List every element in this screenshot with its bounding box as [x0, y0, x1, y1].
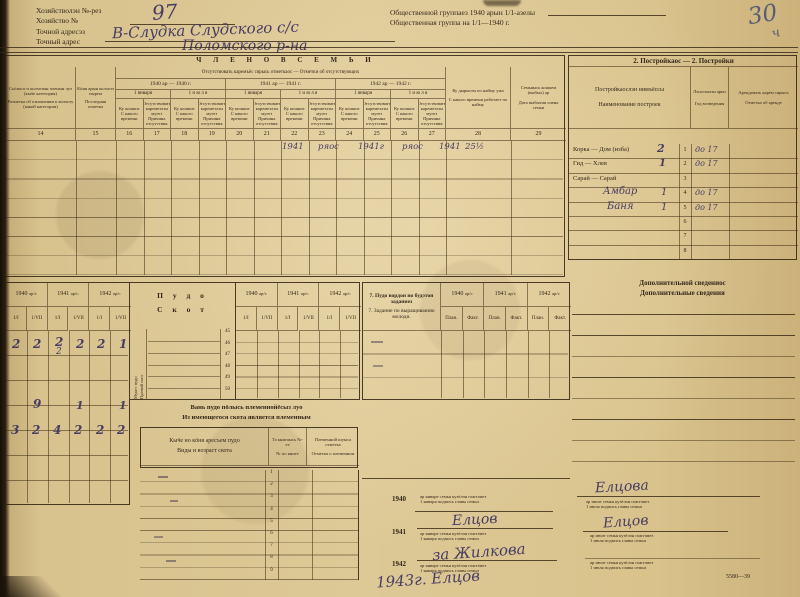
building-rownum: 5 — [679, 205, 691, 212]
col15-komi: Кӧня арын колхозэ пырем — [77, 86, 114, 96]
members-absent-group-header: Отсутствовать каремъёс сярысь отметкаос … — [116, 67, 446, 79]
building-row: 8 — [569, 245, 798, 259]
additional-title-komi: Дополнительной сведениос — [568, 279, 797, 288]
task7-heading-cell: 7. Пудо вордон но будэтон заданиез7. Зад… — [363, 283, 441, 331]
additional-title-rus: Дополнительные сведения — [568, 289, 797, 298]
colnum: 28 — [446, 129, 511, 141]
subcol-from: Ку кошкизС какого времени — [281, 99, 309, 129]
ls-hw: 2 — [33, 337, 41, 351]
species-rownum: 50 — [221, 387, 234, 399]
colnum: 23 — [309, 129, 337, 141]
social-group-label-rus: Общественная группа на 1/1—1940 г. — [390, 18, 510, 28]
print-code: 5580—39 — [726, 574, 750, 581]
colnum: 19 — [199, 129, 227, 141]
breeding-heading-rus: Из имеющегося скота является племенным — [133, 414, 360, 422]
farm-number-label-komi: Хозяйстволэн №-рез — [36, 6, 102, 16]
stray-mark — [166, 560, 176, 562]
species-line — [148, 353, 220, 354]
date-jul: 1 и ю л я — [171, 90, 226, 99]
building-row: Баня 1 5 до 17 — [569, 202, 798, 217]
building-count-hw: 1 — [661, 202, 667, 213]
building-rownum: 8 — [679, 248, 691, 255]
sig-year-1940: 1940 — [392, 495, 406, 504]
buildings-rent-col-header: Арендовать карем сярысьОтметка об аренде — [729, 67, 798, 129]
breeding-header-row: Кыӵе но кӧня аресъем пудоВиды и возраст … — [140, 427, 358, 468]
subcol-from: Ку кошкизС какого времени — [391, 99, 419, 129]
rotated-rus: Прочий скот — [139, 329, 145, 399]
signature-line — [585, 558, 760, 559]
buildings-title: 2. Постройкаос — 2. Постройки — [569, 56, 798, 67]
task7-plan: План. — [484, 307, 506, 331]
ls-sub: 1/I — [319, 307, 340, 331]
ls-hw: 2 — [12, 337, 20, 351]
breeding-rownum: 4 — [265, 507, 278, 519]
members-section-title: Ч Л Е Н О В С Е М Ь И — [116, 56, 456, 65]
buildings-table: 2. Постройкаос — 2. Постройки Постройкао… — [568, 55, 797, 260]
absent-header-text: Отсутствовать каремъёс сярысь отметкаос … — [202, 70, 360, 76]
ls-year: 1940 ар/г. — [236, 283, 278, 307]
sig-right-text: ар июле семья кузёлэн гожтэмез1 июля под… — [590, 533, 730, 543]
sig-year-1941: 1941 — [392, 528, 406, 537]
building-row: Корка — Дом (изба) 2 1 до 17 — [569, 144, 798, 159]
breeding-heading-komi: Вань пудо пӧлысь племеннойёсыз луо — [133, 404, 360, 412]
building-rownum: 1 — [679, 147, 691, 154]
sig-1940-right-handwritten: Елцова — [595, 478, 650, 497]
species-rownum: 46 — [221, 341, 234, 353]
ls-year: 1942 ар/г. — [319, 283, 361, 307]
subcol-from: Ку кошкизС какого времени — [336, 99, 364, 129]
signature-line — [577, 496, 760, 497]
col15-rus: Последняя отметка — [77, 99, 114, 109]
rule-line — [572, 335, 795, 336]
ls-sub: 1/VII — [27, 307, 48, 331]
subcol-reason: Отсутствовать каремезлэн мугезПричина от… — [419, 99, 447, 129]
ls-sub: 1/I — [278, 307, 299, 331]
colnum: 24 — [336, 129, 364, 141]
colnum: 22 — [281, 129, 309, 141]
subcol-reason: Отсутствовать каремезлэн мугезПричина от… — [199, 99, 227, 129]
building-rownum: 4 — [679, 190, 691, 197]
task7-fact: Факт. — [463, 307, 485, 331]
species-rownum: 49 — [221, 375, 234, 387]
member-entry-hw: 1941 — [439, 142, 461, 152]
ls-hw: 3 — [11, 423, 19, 437]
ls-hw: 2 — [97, 337, 105, 351]
rule-line — [572, 398, 795, 399]
signature-line — [583, 531, 728, 532]
breeding-mark-col: Племенной шуыса отметкаОтметка о племенн… — [307, 428, 359, 466]
buildings-name-col-header: Постройкаослэн нимъёссыНаименование пост… — [569, 67, 691, 129]
breeding-rownum: 6 — [265, 531, 278, 543]
breeding-rownum: 9 — [265, 568, 278, 580]
rule-line — [572, 377, 795, 378]
building-year-hw: до 17 — [695, 188, 718, 197]
species-line — [148, 341, 220, 342]
ls-hw: 2 — [76, 337, 84, 351]
ls-year: 1941 ар/г. — [278, 283, 320, 307]
building-year-hw: до 17 — [695, 159, 718, 168]
farm-number-label-rus: Хозяйство № — [36, 16, 78, 26]
colnum: 15 — [76, 129, 116, 141]
member-entry-hw: 1941 — [282, 142, 304, 152]
breeding-kind-col: Кыӵе но кӧня аресъем пудоВиды и возраст … — [141, 428, 269, 466]
species-rownum: 47 — [221, 352, 234, 364]
task7-fact: Факт. — [506, 307, 528, 331]
building-count-hw: 2 — [657, 142, 665, 155]
breeding-rownum: 5 — [265, 519, 278, 531]
breeding-rownum: 2 — [265, 482, 278, 494]
members-year-1940: 1940 ар — 1940 г. — [116, 79, 226, 90]
social-group-label-komi: Общественной группаез 1940 арын 1/1-азел… — [390, 8, 535, 18]
livestock-right-table: 1940 ар/г. 1941 ар/г. 1942 ар/г. 1/I 1/V… — [235, 282, 360, 400]
subcol-reason: Отсутствовать каремезлэн мугезПричина от… — [364, 99, 392, 129]
subcol-from: Ку кошкизС какого времени — [226, 99, 254, 129]
ls-sub: 1/VII — [110, 307, 131, 331]
building-year-hw: до 17 — [695, 203, 718, 212]
colnum: 27 — [419, 129, 447, 141]
breeding-rownum: 1 — [265, 470, 278, 482]
subcol-from: Ку кошкизС какого времени — [116, 99, 144, 129]
rule-line — [572, 461, 795, 462]
building-name: Сарай — Сарай — [573, 175, 616, 183]
livestock-left-table: 1940 ар/г. 1941 ар/г. 1942 ар/г. 1/I 1/V… — [5, 282, 130, 505]
address-label-rus: Точный адрес — [36, 37, 80, 47]
building-year-hw: до 17 — [695, 145, 718, 154]
building-row: Гид — Хлев 1 2 до 17 — [569, 158, 798, 173]
building-name-hw: Амбар — [603, 186, 637, 197]
ls-year: 1942 ар/г. — [89, 283, 131, 307]
stray-mark — [373, 365, 383, 367]
species-line — [148, 388, 220, 389]
ls-sub: 1/I — [89, 307, 110, 331]
sig-left-text: ар январе семья кузёлэн гожтэмез1 января… — [420, 531, 555, 541]
stray-mark — [154, 536, 163, 538]
note-1943-handwritten: 1943г. Елцов — [375, 566, 480, 591]
rule-line — [572, 356, 795, 357]
ls-hw: 2 — [32, 423, 40, 437]
members-col15-header: Кӧня арын колхозэ пырем Последняя отметк… — [76, 67, 116, 129]
subcol-from: Ку кошкизС какого времени — [171, 99, 199, 129]
signature-line — [417, 560, 557, 561]
sig-right-text: ар июле семья кузёлэн гожтэмез1 июля под… — [586, 499, 726, 509]
livestock-species-panel: П у д о С к о т Мукет пудо Прочий скот 4… — [130, 282, 235, 400]
subcol-reason: Отсутствовать каремезлэн мугезПричина от… — [254, 99, 282, 129]
member-entry-hw: 1941г — [358, 142, 384, 152]
rule-line — [362, 478, 570, 479]
member-entry-hw: 25½ — [465, 142, 484, 152]
sig-1941-left-handwritten: Елцов — [452, 511, 498, 529]
address-label-komi: Точной адресэз — [36, 27, 85, 37]
stray-mark — [371, 341, 383, 343]
colnum: 20 — [226, 129, 254, 141]
date-jan: 1 января — [226, 90, 281, 99]
colnum: 17 — [144, 129, 172, 141]
date-jan: 1 января — [116, 90, 171, 99]
task7-plan: План. — [528, 307, 550, 331]
members-year-1941: 1941 ар — 1941 г. — [226, 79, 336, 90]
colnum: 25 — [364, 129, 392, 141]
task7-year: 1940 ар/г. — [441, 283, 484, 307]
ls-hw: 2 — [117, 423, 125, 437]
col14-rus: Разметка об отношении к колхозу (какой к… — [7, 99, 74, 109]
ls-hw: 1 — [119, 337, 127, 351]
ls-sub: 1/VII — [340, 307, 361, 331]
page-corner-shadow — [0, 576, 70, 597]
members-table: Ч Л Е Н О В С Е М Ь И Сьӧзысь-а колхозын… — [5, 55, 565, 277]
members-body-rowlines — [6, 141, 563, 275]
ink-smudge — [483, 0, 521, 6]
member-entry-hw: ряос — [402, 142, 423, 152]
ls-sub: 1/I — [236, 307, 257, 331]
sig-year-1942: 1942 — [392, 560, 406, 569]
building-row: 7 — [569, 230, 798, 245]
ls-hw: 1 — [76, 399, 84, 412]
rule-line — [572, 314, 795, 315]
rule-line — [572, 419, 795, 420]
species-rownum: 45 — [221, 329, 234, 341]
species-rownum-col: 45 46 47 48 49 50 — [220, 329, 234, 399]
colnum: 26 — [391, 129, 419, 141]
ls-sub: 1/VII — [299, 307, 320, 331]
date-jan: 1 января — [336, 90, 391, 99]
members-col14-header: Сьӧзысь-а колхозын членын луэ (кыӵе кате… — [6, 67, 76, 129]
building-row: 6 — [569, 216, 798, 231]
ls-sub: 1/I — [6, 307, 27, 331]
col14-komi: Сьӧзысь-а колхозын членын луэ (кыӵе кате… — [7, 86, 74, 96]
ls-hw: 4 — [53, 423, 61, 437]
sig-left-text: ар январе семья кузёлэн гожтэмез1 января… — [420, 494, 555, 504]
ls-hw: 1 — [119, 399, 127, 412]
species-line — [148, 365, 220, 366]
breeding-rowlines — [140, 470, 358, 580]
sig-1941-right-handwritten: Елцов — [602, 512, 648, 531]
building-count-hw: 1 — [661, 187, 667, 198]
breeding-body: 1 2 3 4 5 6 7 8 9 — [140, 470, 358, 580]
building-rownum: 3 — [679, 176, 691, 183]
ls-sub: 1/I — [48, 307, 69, 331]
colnum: 29 — [511, 129, 566, 141]
species-rownum: 48 — [221, 364, 234, 376]
buildings-year-col-header: Лэсьтэмлэн арызГод возведения — [691, 67, 729, 129]
stray-mark — [158, 476, 168, 478]
subcol-reason: Отсутствовать каремезлэн мугезПричина от… — [309, 99, 337, 129]
task7-fact: Факт. — [549, 307, 571, 331]
subcol-reason: Отсутствовать каремезлэн мугезПричина от… — [144, 99, 172, 129]
species-line — [148, 376, 220, 377]
scanned-household-register-page: Хозяйстволэн №-рез Хозяйство № 97 Точной… — [0, 0, 800, 597]
member-entry-hw: ряос — [318, 142, 339, 152]
building-name: Корка — Дом (изба) — [573, 146, 629, 154]
ls-hw: 9 — [33, 397, 41, 411]
members-col29-header: Семьяысь кошкем (выбыл) арДата выбытия ч… — [511, 67, 566, 129]
species-title-komi: П у д о — [130, 291, 235, 301]
ls-sub: 1/VII — [69, 307, 90, 331]
members-year-1942: 1942 ар — 1942 г. — [336, 79, 446, 90]
building-name: Гид — Хлев — [573, 160, 607, 168]
date-jul: 1 и ю л я — [281, 90, 336, 99]
building-rownum: 6 — [679, 219, 691, 226]
task7-table: 7. Пудо вордон но будэтон заданиез7. Зад… — [362, 282, 570, 400]
task7-year: 1942 ар/г. — [528, 283, 571, 307]
breeding-book-col: Та книгаысь №-ез№ по книге — [269, 428, 307, 466]
building-rownum: 2 — [679, 161, 691, 168]
breeding-rownum: 3 — [265, 494, 278, 506]
ls-hw: 2 — [96, 423, 104, 437]
colnum: 18 — [171, 129, 199, 141]
sig-right-text: ар июле семья кузёлэн гожтэмез1 июля под… — [590, 560, 730, 570]
task7-plan: План. — [441, 307, 463, 331]
building-row: Амбар 1 4 до 17 — [569, 187, 798, 202]
ls-year: 1940 ар/г. — [6, 283, 48, 307]
stray-mark — [170, 500, 178, 502]
building-count-hw: 1 — [659, 158, 666, 169]
building-name-hw: Баня — [607, 201, 634, 212]
task7-rowlines — [363, 331, 568, 398]
colnum: 21 — [254, 129, 282, 141]
ls-sub: 1/VII — [257, 307, 278, 331]
date-jul: 1 и ю л я — [391, 90, 446, 99]
breeding-rownum: 7 — [265, 543, 278, 555]
species-title-rus: С к о т — [130, 305, 235, 315]
page-number-flourish: ч — [770, 25, 782, 42]
task7-year: 1941 ар/г. — [484, 283, 527, 307]
building-rownum: 7 — [679, 233, 691, 240]
signature-line — [417, 528, 553, 529]
rule-line — [572, 440, 795, 441]
colnum: 14 — [6, 129, 76, 141]
ls-hw-extra: 2 — [56, 347, 62, 357]
members-col28-header: Ку дырысен по найму ужаС какого времени … — [446, 67, 511, 129]
ls-hw: 2 — [74, 423, 82, 437]
breeding-rownum: 8 — [265, 555, 278, 567]
ls-year: 1941 ар/г. — [48, 283, 90, 307]
colnum: 16 — [116, 129, 144, 141]
species-rotated-label: Мукет пудо Прочий скот — [132, 329, 147, 399]
breeding-rownum-col: 1 2 3 4 5 6 7 8 9 — [265, 470, 278, 580]
